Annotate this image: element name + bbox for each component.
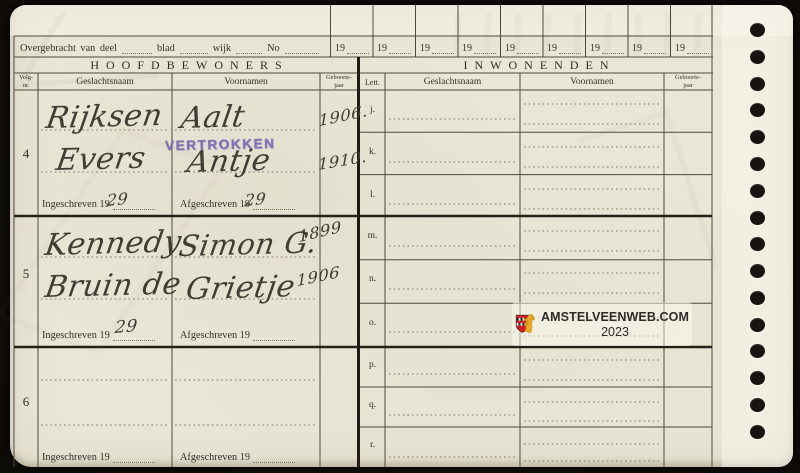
handwritten-surname: Rijksen <box>44 101 165 134</box>
year-cell: 19 <box>632 40 666 54</box>
handwritten-firstname: Aalt <box>179 102 247 134</box>
year-cell: 19 <box>420 40 454 54</box>
afgeschreven-line: Afgeschreven 19 <box>180 327 295 341</box>
row-letter: l. <box>360 190 385 200</box>
handwritten-firstname: Grietje <box>184 272 297 305</box>
record-number: 4 <box>14 146 38 162</box>
dotted-blank <box>236 43 262 54</box>
handwritten-year: 29 <box>114 318 138 337</box>
row-letter: k. <box>360 147 385 157</box>
punch-hole <box>750 184 765 198</box>
dotted-blank <box>113 452 155 463</box>
column-header-voornamen: Voornamen <box>172 77 320 87</box>
year-cell: 19 <box>377 40 411 54</box>
column-header-volgnr: Volg-nr. <box>14 74 38 91</box>
handwritten-year: 29 <box>244 191 267 209</box>
transfer-label-no: No <box>267 43 280 54</box>
punch-hole <box>750 237 765 251</box>
column-header-geslachtsnaam: Geslachtsnaam <box>38 77 172 87</box>
row-letter: p. <box>360 360 385 370</box>
punch-hole <box>750 371 765 385</box>
column-header-geslachtsnaam: Geslachtsnaam <box>385 77 520 87</box>
year-cell: 19 <box>675 40 709 54</box>
dotted-blank <box>602 43 624 54</box>
dotted-blank <box>122 43 152 54</box>
punch-hole <box>750 398 765 412</box>
row-letter: n. <box>360 274 385 284</box>
scanned-register-card-photo: Overgebracht van deelbladwijkNo 19 19 19… <box>0 0 800 473</box>
vertrokken-stamp: VERTROKKEN <box>165 136 276 153</box>
punch-hole <box>750 344 765 358</box>
dotted-blank <box>687 43 709 54</box>
column-header-lett: Lett. <box>360 78 385 87</box>
punch-hole <box>750 23 765 37</box>
afgeschreven-line: Afgeschreven 19 <box>180 196 295 210</box>
dotted-blank <box>559 43 581 54</box>
punch-hole <box>750 211 765 225</box>
dotted-blank <box>253 452 295 463</box>
year-cell: 19 <box>335 40 369 54</box>
punch-hole <box>750 425 765 439</box>
punch-hole <box>750 50 765 64</box>
row-letter: o. <box>360 318 385 328</box>
amstelveen-coat-of-arms-icon <box>515 304 537 344</box>
transfer-label-blad: blad <box>157 43 175 54</box>
dotted-blank <box>347 43 369 54</box>
record-number: 5 <box>14 266 38 282</box>
column-header-geboortejaar: Geboorte-jaar <box>664 74 712 91</box>
watermark-text: AMSTELVEENWEB.COM 2023 <box>541 310 689 339</box>
punch-hole <box>750 103 765 117</box>
year-cell: 19 <box>590 40 624 54</box>
dotted-blank <box>285 43 319 54</box>
year-cell: 19 <box>505 40 539 54</box>
column-header-voornamen: Voornamen <box>520 77 664 87</box>
dotted-blank <box>432 43 454 54</box>
handwritten-surname: Bruin de <box>43 269 183 303</box>
dotted-blank <box>474 43 496 54</box>
row-letter: m. <box>360 231 385 241</box>
transfer-label-wijk: wijk <box>213 43 231 54</box>
row-letter: r. <box>360 440 385 450</box>
ingeschreven-line: Ingeschreven 19 <box>42 327 155 341</box>
year-cell: 19 <box>462 40 496 54</box>
afgeschreven-line: Afgeschreven 19 <box>180 449 295 463</box>
transfer-label-deel: Overgebracht van deel <box>20 43 117 54</box>
handwritten-surname: Kennedy <box>43 227 184 261</box>
punch-hole <box>750 130 765 144</box>
year-cell: 19 <box>547 40 581 54</box>
dotted-blank <box>389 43 411 54</box>
section-title-inwonenden: INWONENDEN <box>360 58 712 73</box>
punch-hole <box>750 291 765 305</box>
transfer-row: Overgebracht van deelbladwijkNo <box>20 39 319 54</box>
handwritten-surname: Evers <box>54 144 148 176</box>
record-number: 6 <box>14 394 38 410</box>
punch-hole <box>750 77 765 91</box>
dotted-blank <box>253 330 295 341</box>
dotted-blank <box>517 43 539 54</box>
punch-hole <box>750 318 765 332</box>
amstelveenweb-watermark: AMSTELVEENWEB.COM 2023 <box>512 302 692 346</box>
dotted-blank <box>180 43 208 54</box>
section-title-hoofdbewoners: HOOFDBEWONERS <box>14 58 358 73</box>
row-letter: j. <box>360 105 385 115</box>
handwritten-year: 29 <box>106 191 129 209</box>
watermark-year: 2023 <box>541 325 689 339</box>
dotted-blank <box>644 43 666 54</box>
punch-hole <box>750 264 765 278</box>
ingeschreven-line: Ingeschreven 19 <box>42 449 155 463</box>
watermark-site-name: AMSTELVEENWEB.COM <box>541 310 689 324</box>
row-letter: q. <box>360 400 385 410</box>
column-header-geboortejaar: Geboorte-jaar <box>320 74 358 91</box>
punch-hole <box>750 157 765 171</box>
ingeschreven-line: Ingeschreven 19 <box>42 196 155 210</box>
